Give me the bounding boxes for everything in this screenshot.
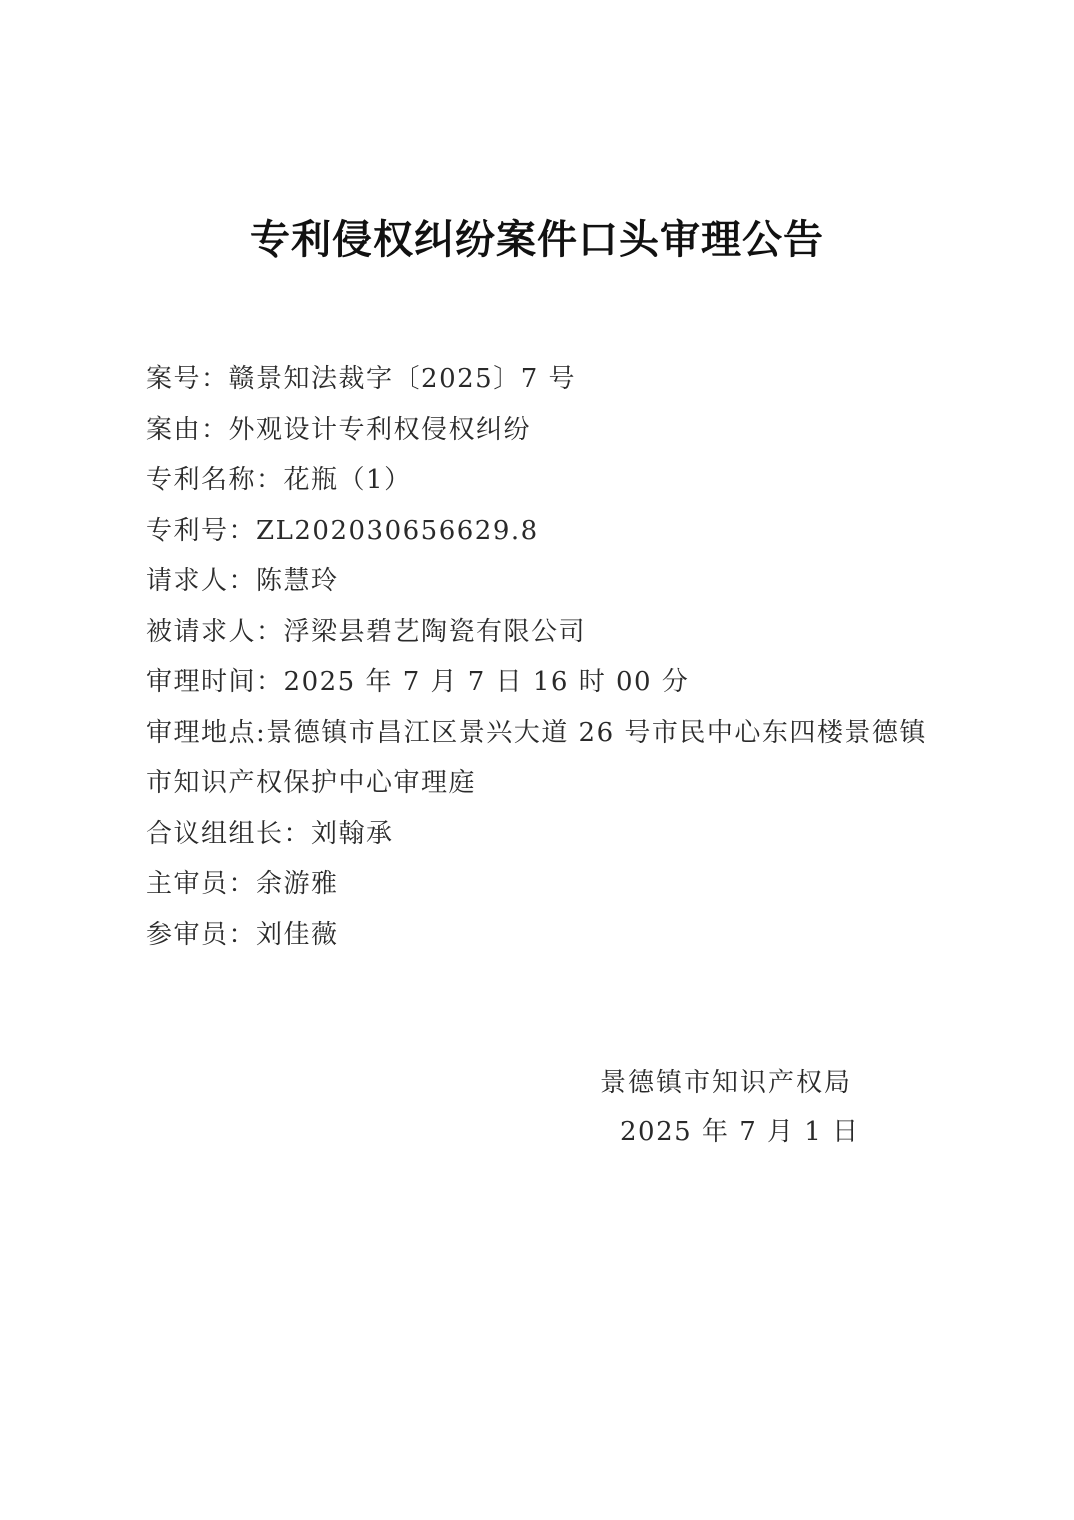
separator: ： xyxy=(201,415,229,445)
separator: : xyxy=(256,718,266,748)
hearing-location-line: 审理地点:景德镇市昌江区景兴大道 26 号市民中心东四楼景德镇 xyxy=(146,708,946,759)
hearing-location-continued-line: 市知识产权保护中心审理庭 xyxy=(146,758,946,809)
patent-number-value: ZL202030656629.8 xyxy=(256,516,539,546)
panel-chief-label: 合议组组长 xyxy=(146,819,284,849)
claimant-value: 陈慧玲 xyxy=(256,566,339,596)
case-number-label: 案号 xyxy=(146,364,201,394)
panel-chief-line: 合议组组长：刘翰承 xyxy=(146,809,946,860)
patent-number-label: 专利号 xyxy=(146,516,229,546)
separator: ： xyxy=(284,819,312,849)
case-cause-value: 外观设计专利权侵权纠纷 xyxy=(229,415,532,445)
lead-examiner-line: 主审员：余游雅 xyxy=(146,859,946,910)
claimant-label: 请求人 xyxy=(146,566,229,596)
issuing-organization: 景德镇市知识产权局 xyxy=(600,1060,860,1106)
claimant-line: 请求人：陈慧玲 xyxy=(146,556,946,607)
patent-name-label: 专利名称 xyxy=(146,465,256,495)
case-cause-label: 案由 xyxy=(146,415,201,445)
hearing-location-value: 景德镇市昌江区景兴大道 26 号市民中心东四楼景德镇 xyxy=(266,718,927,748)
case-details: 案号：赣景知法裁字〔2025〕7 号 案由：外观设计专利权侵权纠纷 专利名称：花… xyxy=(146,354,946,960)
patent-name-line: 专利名称：花瓶（1） xyxy=(146,455,946,506)
case-cause-line: 案由：外观设计专利权侵权纠纷 xyxy=(146,405,946,456)
hearing-location-continued-value: 市知识产权保护中心审理庭 xyxy=(146,768,476,798)
hearing-location-label: 审理地点 xyxy=(146,718,256,748)
hearing-time-value: 2025 年 7 月 7 日 16 时 00 分 xyxy=(284,667,690,697)
separator: ： xyxy=(229,516,257,546)
case-number-line: 案号：赣景知法裁字〔2025〕7 号 xyxy=(146,354,946,405)
respondent-value: 浮梁县碧艺陶瓷有限公司 xyxy=(284,617,587,647)
respondent-line: 被请求人：浮梁县碧艺陶瓷有限公司 xyxy=(146,607,946,658)
separator: ： xyxy=(256,667,284,697)
separator: ： xyxy=(256,465,284,495)
separator: ： xyxy=(229,566,257,596)
separator: ： xyxy=(256,617,284,647)
hearing-time-line: 审理时间：2025 年 7 月 7 日 16 时 00 分 xyxy=(146,657,946,708)
associate-examiner-label: 参审员 xyxy=(146,920,229,950)
patent-number-line: 专利号：ZL202030656629.8 xyxy=(146,506,946,557)
document-title: 专利侵权纠纷案件口头审理公告 xyxy=(0,214,1074,266)
lead-examiner-value: 余游雅 xyxy=(256,869,339,899)
associate-examiner-line: 参审员：刘佳薇 xyxy=(146,910,946,961)
separator: ： xyxy=(201,364,229,394)
case-number-value: 赣景知法裁字〔2025〕7 号 xyxy=(229,364,576,394)
patent-name-value: 花瓶（1） xyxy=(284,465,412,495)
hearing-time-label: 审理时间 xyxy=(146,667,256,697)
associate-examiner-value: 刘佳薇 xyxy=(256,920,339,950)
separator: ： xyxy=(229,920,257,950)
respondent-label: 被请求人 xyxy=(146,617,256,647)
lead-examiner-label: 主审员 xyxy=(146,869,229,899)
panel-chief-value: 刘翰承 xyxy=(311,819,394,849)
separator: ： xyxy=(229,869,257,899)
issue-date: 2025 年 7 月 1 日 xyxy=(600,1106,860,1158)
signature-block: 景德镇市知识产权局 2025 年 7 月 1 日 xyxy=(600,1060,860,1158)
